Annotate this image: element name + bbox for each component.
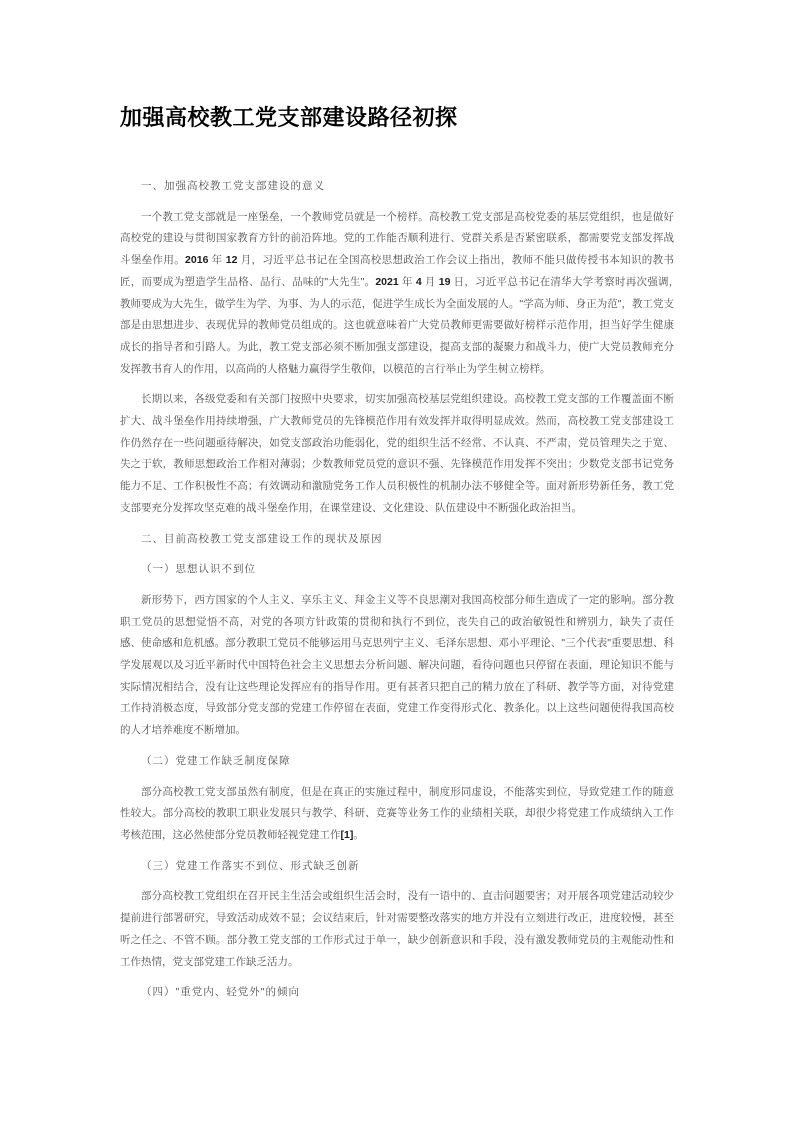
document-title: 加强高校教工党支部建设路径初探 [120,104,674,132]
text-run: 月 [422,276,439,288]
bold-text-run: 2016 [185,254,208,266]
bold-text-run: [1] [341,829,354,841]
section-heading-1: 一、加强高校教工党支部建设的意义 [120,176,674,198]
bold-text-run: 19 [439,276,451,288]
document-page: 加强高校教工党支部建设路径初探 一、加强高校教工党支部建设的意义 一个教工党支部… [0,0,794,1122]
sub-heading-4: （四）"重党内、轻党外"的倾向 [120,982,674,1004]
text-run: 日，习近平总书记在清华大学考察时再次强调， 教师要成为大先生，做学生为学、为事、… [120,276,684,375]
text-run: 部分高校教工党组织在召开民主生活会或组织生活会时，没有一语中的、直击问题要害；对… [120,890,674,967]
text-run: 。 [353,829,364,841]
bold-text-run: 2021 [375,276,398,288]
sub-heading-1: （一）思想认识不到位 [120,559,674,581]
bold-text-run: 12 [226,254,238,266]
paragraph-5: 部分高校教工党组织在召开民主生活会或组织生活会时，没有一语中的、直击问题要害；对… [120,886,674,973]
text-run: 长期以来，各级党委和有关部门按照中央要求，切实加强高校基层党组织建设。高校教工党… [120,393,674,514]
sub-heading-3: （三）党建工作落实不到位、形式缺乏创新 [120,856,674,878]
text-run: 年 [208,254,225,266]
text-run: 新形势下，西方国家的个人主义、享乐主义、拜金主义等不良思潮对我国高校部分师生造成… [120,594,674,736]
text-run: 年 [399,276,416,288]
paragraph-1: 一个教工党支部就是一座堡垒，一个教师党员就是一个榜样。高校教工党支部是高校党委的… [120,207,674,381]
paragraph-4: 部分高校教工党支部虽然有制度，但是在真正的实施过程中，制度形同虚设，不能落实到位… [120,782,674,847]
paragraph-3: 新形势下，西方国家的个人主义、享乐主义、拜金主义等不良思潮对我国高校部分师生造成… [120,590,674,742]
paragraph-2: 长期以来，各级党委和有关部门按照中央要求，切实加强高校基层党组织建设。高校教工党… [120,389,674,519]
sub-heading-2: （二）党建工作缺乏制度保障 [120,751,674,773]
section-heading-2: 二、目前高校教工党支部建设工作的现状及原因 [120,529,674,551]
text-run: 部分高校教工党支部虽然有制度，但是在真正的实施过程中，制度形同虚设，不能落实到位… [120,786,674,841]
document-body: 一、加强高校教工党支部建设的意义 一个教工党支部就是一座堡垒，一个教师党员就是一… [120,176,674,1004]
